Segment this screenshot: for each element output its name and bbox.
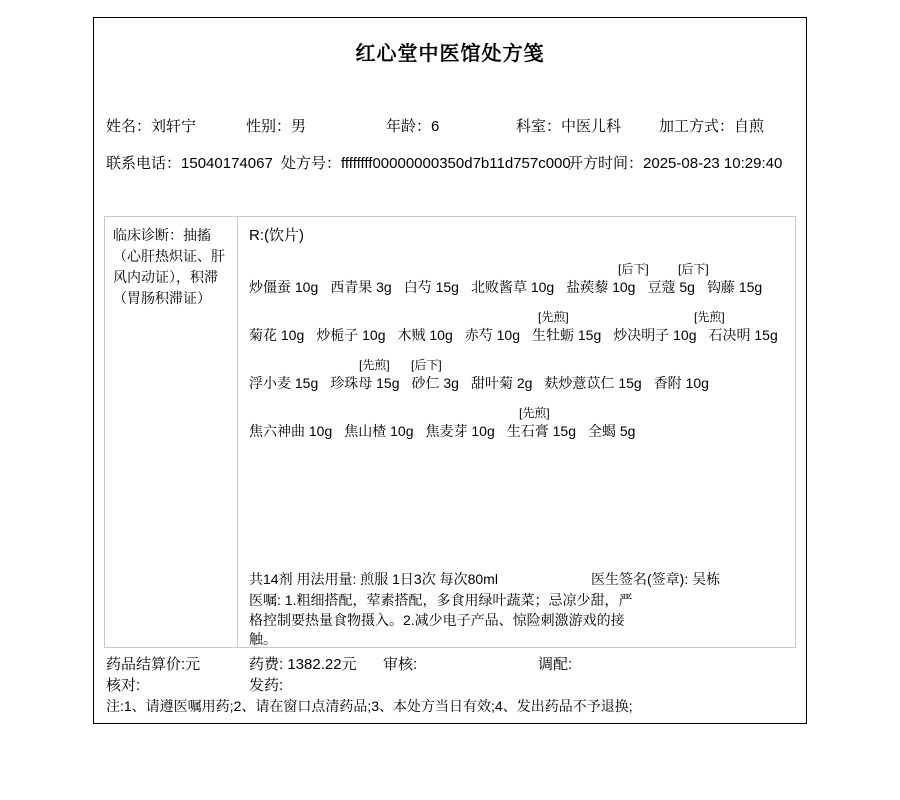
clinical-diagnosis: 临床诊断：抽搐（心肝热炽证、肝风内动证），积滞（胃肠积滞证）: [105, 217, 238, 647]
decoction-marker-row: [先煎][后下]: [249, 353, 791, 373]
patient-name-field: 姓名：刘轩宁: [106, 115, 196, 136]
usage-line: 共14剂 用法用量: 煎服 1日3次 每次80ml 医生签名(签章): 吴栋: [249, 570, 791, 591]
doctor-signature: 医生签名(签章): 吴栋: [591, 570, 720, 590]
prescription-body-box: 临床诊断：抽搐（心肝热炽证、肝风内动证），积滞（胃肠积滞证） R:(饮片) [后…: [104, 216, 796, 648]
herb-item: 盐蒺藜 10g: [566, 279, 635, 295]
herb-row: 炒僵蚕 10g西青果 3g白芍 15g北败酱草 10g盐蒺藜 10g豆蔻 5g钩…: [249, 277, 791, 299]
settle-price-label: 药品结算价:: [106, 656, 185, 673]
herb-item: 豆蔻 5g: [647, 279, 694, 295]
settle-price-field: 药品结算价:元: [106, 653, 200, 674]
phone-label: 联系电话：: [106, 155, 181, 172]
age-label: 年龄：: [386, 118, 431, 135]
herb-item: 焦麦芽 10g: [426, 423, 495, 439]
herb-item: 生牡蛎 15g: [532, 327, 601, 343]
rx-number-field: 处方号：ffffffff00000000350d7b11d757c000: [281, 152, 571, 173]
herb-item: 木贼 10g: [398, 327, 453, 343]
herb-item: 北败酱草 10g: [471, 279, 554, 295]
herb-line: [后下][后下]炒僵蚕 10g西青果 3g白芍 15g北败酱草 10g盐蒺藜 1…: [249, 257, 791, 299]
herb-row: 菊花 10g炒栀子 10g木贼 10g赤芍 10g生牡蛎 15g炒决明子 10g…: [249, 325, 791, 347]
doctor-signature-name: 吴栋: [692, 571, 720, 587]
gender-label: 性别：: [246, 118, 291, 135]
issue-field: 发药:: [249, 674, 283, 695]
herb-item: 珍珠母 15g: [330, 375, 399, 391]
processing-label: 加工方式：: [659, 118, 734, 135]
issue-time-label: 开方时间：: [568, 155, 643, 172]
herb-item: 香附 10g: [654, 375, 709, 391]
decoction-marker: [先煎]: [538, 308, 569, 325]
herb-item: 砂仁 3g: [412, 375, 459, 391]
herb-item: 炒栀子 10g: [316, 327, 385, 343]
gender-value: 男: [291, 118, 306, 135]
department-label: 科室：: [516, 118, 561, 135]
herb-line: [先煎]焦六神曲 10g焦山楂 10g焦麦芽 10g生石膏 15g全蝎 5g: [249, 401, 791, 443]
age-field: 年龄：6: [386, 115, 439, 136]
herb-item: 焦六神曲 10g: [249, 423, 332, 439]
decoction-marker-row: [后下][后下]: [249, 257, 791, 277]
patient-name-label: 姓名：: [106, 118, 151, 135]
herb-item: 赤芍 10g: [465, 327, 520, 343]
herb-item: 全蝎 5g: [588, 423, 635, 439]
phone-value: 15040174067: [181, 155, 273, 172]
herb-lines: [后下][后下]炒僵蚕 10g西青果 3g白芍 15g北败酱草 10g盐蒺藜 1…: [249, 257, 791, 443]
herb-row: 焦六神曲 10g焦山楂 10g焦麦芽 10g生石膏 15g全蝎 5g: [249, 421, 791, 443]
herb-item: 焦山楂 10g: [344, 423, 413, 439]
issue-time-value: 2025-08-23 10:29:40: [643, 155, 782, 172]
medical-advice: 医嘱: 1.粗细搭配，荤素搭配，多食用绿叶蔬菜；忌凉少甜，严格控制要热量食物摄入…: [249, 591, 643, 650]
footer-note: 注:1、请遵医嘱用药;2、请在窗口点清药品;3、本处方当日有效;4、发出药品不予…: [106, 696, 633, 716]
herb-item: 浮小麦 15g: [249, 375, 318, 391]
prescription-sheet: 红心堂中医馆处方笺 姓名：刘轩宁 性别：男 年龄：6 科室：中医儿科 加工方式：…: [93, 17, 807, 724]
fee-field: 药费: 1382.22元: [249, 653, 357, 674]
diagnosis-label: 临床诊断：: [113, 227, 183, 243]
processing-value: 自煎: [734, 118, 764, 135]
department-value: 中医儿科: [561, 118, 621, 135]
decoction-marker: [后下]: [618, 260, 649, 277]
decoction-marker: [后下]: [411, 356, 442, 373]
decoction-marker: [后下]: [678, 260, 709, 277]
phone-field: 联系电话：15040174067: [106, 152, 273, 173]
decoction-marker: [先煎]: [359, 356, 390, 373]
decoction-marker: [先煎]: [694, 308, 725, 325]
decoction-marker: [先煎]: [519, 404, 550, 421]
rx-number-value: ffffffff00000000350d7b11d757c000: [341, 155, 571, 172]
review-field: 审核:: [383, 653, 417, 674]
usage-block: 共14剂 用法用量: 煎服 1日3次 每次80ml 医生签名(签章): 吴栋 医…: [249, 570, 791, 650]
dosage-instructions: 共14剂 用法用量: 煎服 1日3次 每次80ml: [249, 571, 498, 587]
rx-column: R:(饮片) [后下][后下]炒僵蚕 10g西青果 3g白芍 15g北败酱草 1…: [238, 217, 795, 647]
processing-field: 加工方式：自煎: [659, 115, 764, 136]
herb-item: 西青果 3g: [330, 279, 391, 295]
herb-item: 炒僵蚕 10g: [249, 279, 318, 295]
settle-price-value: 元: [185, 656, 200, 673]
herb-item: 白芍 15g: [404, 279, 459, 295]
herb-row: 浮小麦 15g珍珠母 15g砂仁 3g甜叶菊 2g麸炒薏苡仁 15g香附 10g: [249, 373, 791, 395]
herb-item: 石决明 15g: [709, 327, 778, 343]
gender-field: 性别：男: [246, 115, 306, 136]
doctor-signature-label: 医生签名(签章):: [591, 571, 688, 587]
herb-line: [先煎][后下]浮小麦 15g珍珠母 15g砂仁 3g甜叶菊 2g麸炒薏苡仁 1…: [249, 353, 791, 395]
decoction-marker-row: [先煎]: [249, 401, 791, 421]
herb-line: [先煎][先煎]菊花 10g炒栀子 10g木贼 10g赤芍 10g生牡蛎 15g…: [249, 305, 791, 347]
decoction-marker-row: [先煎][先煎]: [249, 305, 791, 325]
rx-header: R:(饮片): [249, 224, 791, 244]
herb-item: 炒决明子 10g: [613, 327, 696, 343]
herb-item: 甜叶菊 2g: [471, 375, 532, 391]
herb-item: 麸炒薏苡仁 15g: [544, 375, 641, 391]
department-field: 科室：中医儿科: [516, 115, 621, 136]
patient-name-value: 刘轩宁: [151, 118, 196, 135]
check-field: 核对:: [106, 674, 140, 695]
fee-value: 1382.22元: [287, 656, 356, 673]
herb-item: 生石膏 15g: [507, 423, 576, 439]
age-value: 6: [431, 118, 439, 135]
issue-time-field: 开方时间：2025-08-23 10:29:40: [568, 152, 782, 173]
dispense-field: 调配:: [538, 653, 572, 674]
rx-number-label: 处方号：: [281, 155, 341, 172]
herb-item: 菊花 10g: [249, 327, 304, 343]
fee-label: 药费:: [249, 656, 283, 673]
herb-item: 钩藤 15g: [707, 279, 762, 295]
page-title: 红心堂中医馆处方笺: [94, 37, 806, 66]
